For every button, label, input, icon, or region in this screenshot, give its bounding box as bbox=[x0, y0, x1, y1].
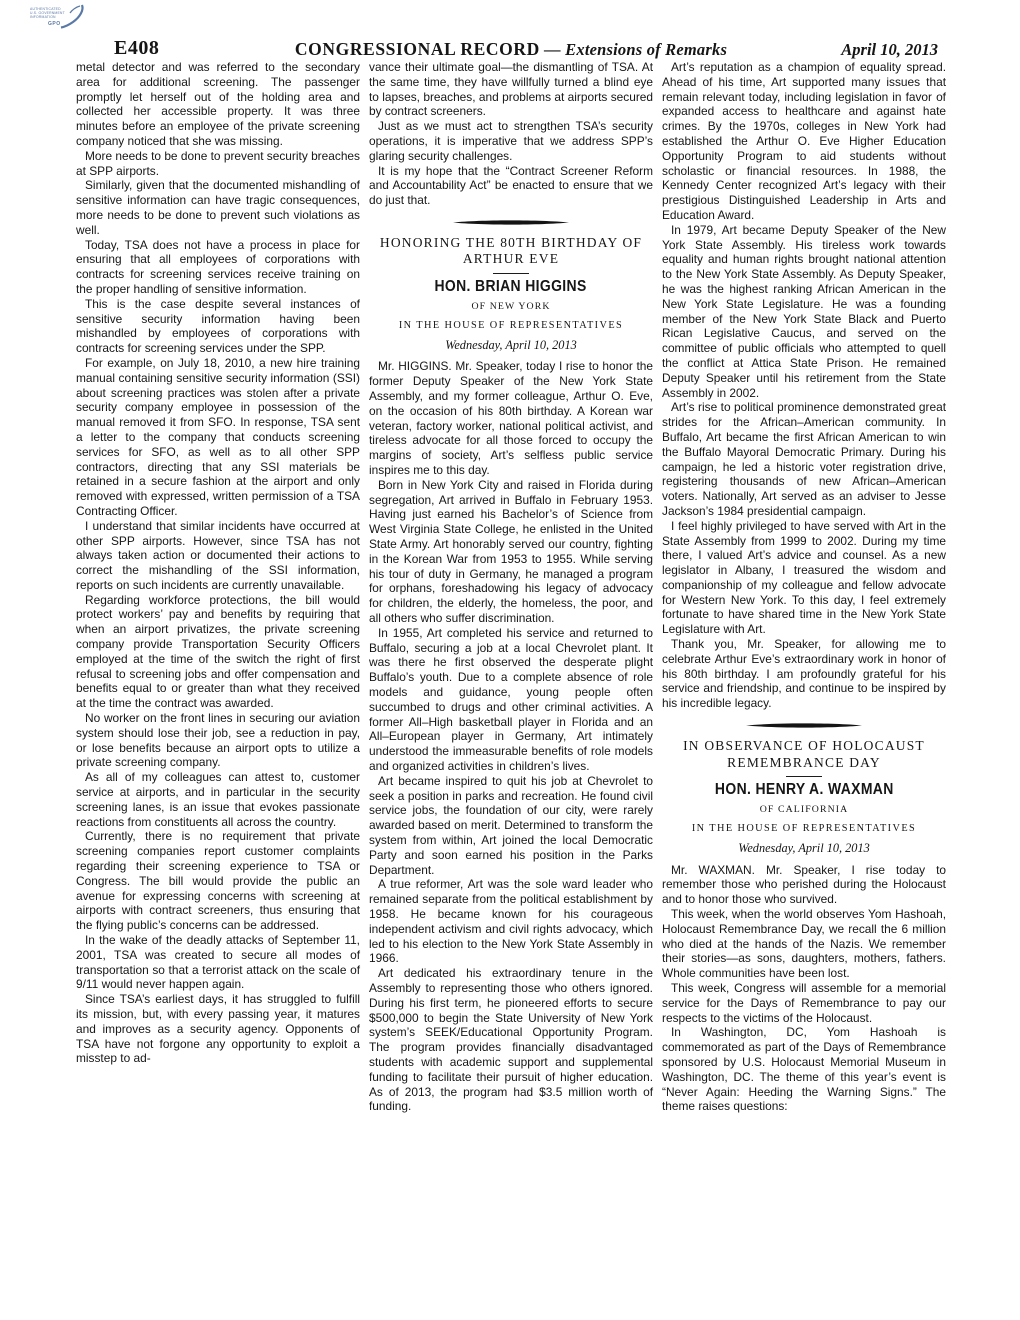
paragraph: Today, TSA does not have a process in pl… bbox=[76, 238, 360, 297]
article-title: HONORING THE 80TH BIRTHDAY OF ARTHUR EVE bbox=[369, 235, 653, 268]
article-separator bbox=[369, 219, 653, 226]
paragraph: Art’s reputation as a champion of equali… bbox=[662, 60, 946, 223]
paragraph: Mr. HIGGINS. Mr. Speaker, today I rise t… bbox=[369, 359, 653, 477]
paragraph: In the wake of the deadly attacks of Sep… bbox=[76, 933, 360, 992]
chamber-line: IN THE HOUSE OF REPRESENTATIVES bbox=[662, 822, 946, 837]
speaker-state: OF CALIFORNIA bbox=[662, 803, 946, 818]
paragraph: metal detector and was referred to the s… bbox=[76, 60, 360, 149]
separator-rule-icon bbox=[745, 722, 863, 729]
separator-rule-icon bbox=[452, 219, 570, 226]
masthead-section: — Extensions of Remarks bbox=[540, 40, 727, 59]
paragraph: In 1979, Art became Deputy Speaker of th… bbox=[662, 223, 946, 401]
title-rule bbox=[493, 273, 529, 274]
paragraph: Regarding workforce protections, the bil… bbox=[76, 593, 360, 711]
paragraph: In 1955, Art completed his service and r… bbox=[369, 626, 653, 774]
issue-date: April 10, 2013 bbox=[841, 40, 938, 60]
running-head: E408 CONGRESSIONAL RECORD — Extensions o… bbox=[76, 30, 946, 60]
column-2: vance their ultimate goal—the dismantlin… bbox=[369, 60, 653, 1275]
paragraph: Art’s rise to political prominence demon… bbox=[662, 400, 946, 518]
seal-gpo-label: GPO bbox=[48, 21, 61, 27]
paragraph: As all of my colleagues can attest to, c… bbox=[76, 770, 360, 829]
column-1: metal detector and was referred to the s… bbox=[76, 60, 360, 1275]
masthead: CONGRESSIONAL RECORD — Extensions of Rem… bbox=[76, 39, 946, 60]
paragraph: Since TSA’s earliest days, it has strugg… bbox=[76, 992, 360, 1066]
article-eve-header: HONORING THE 80TH BIRTHDAY OF ARTHUR EVE… bbox=[369, 235, 653, 352]
paragraph: I understand that similar incidents have… bbox=[76, 519, 360, 593]
article-tsa-continuation: vance their ultimate goal—the dismantlin… bbox=[369, 60, 653, 208]
paragraph: This week, when the world observes Yom H… bbox=[662, 907, 946, 981]
paragraph: Currently, there is no requirement that … bbox=[76, 829, 360, 933]
speaker-name-text: HON. BRIAN HIGGINS bbox=[435, 280, 587, 295]
congressional-record-page: AUTHENTICATED U.S. GOVERNMENT INFORMATIO… bbox=[0, 0, 1020, 1320]
speaker-name-text: HON. HENRY A. WAXMAN bbox=[715, 783, 894, 798]
article-eve-body-col2: Mr. HIGGINS. Mr. Speaker, today I rise t… bbox=[369, 359, 653, 1114]
paragraph: More needs to be done to prevent securit… bbox=[76, 149, 360, 179]
article-separator bbox=[662, 722, 946, 729]
text-columns: metal detector and was referred to the s… bbox=[76, 60, 946, 1275]
paragraph: Art became inspired to quit his job at C… bbox=[369, 774, 653, 878]
article-eve-body-col3: Art’s reputation as a champion of equali… bbox=[662, 60, 946, 711]
paragraph: Similarly, given that the documented mis… bbox=[76, 178, 360, 237]
masthead-title: CONGRESSIONAL RECORD bbox=[295, 39, 540, 59]
speaker-name: HON. BRIAN HIGGINS bbox=[369, 280, 653, 295]
paragraph: In Washington, DC, Yom Hashoah is commem… bbox=[662, 1025, 946, 1114]
article-date: Wednesday, April 10, 2013 bbox=[662, 841, 946, 856]
paragraph: Mr. WAXMAN. Mr. Speaker, I rise today to… bbox=[662, 863, 946, 907]
paragraph: Born in New York City and raised in Flor… bbox=[369, 478, 653, 626]
paragraph: A true reformer, Art was the sole ward l… bbox=[369, 877, 653, 966]
paragraph: Thank you, Mr. Speaker, for allowing me … bbox=[662, 637, 946, 711]
article-date: Wednesday, April 10, 2013 bbox=[369, 338, 653, 353]
paragraph: No worker on the front lines in securing… bbox=[76, 711, 360, 770]
paragraph: This is the case despite several instanc… bbox=[76, 297, 360, 356]
chamber-line: IN THE HOUSE OF REPRESENTATIVES bbox=[369, 319, 653, 334]
article-waxman-header: IN OBSERVANCE OF HOLOCAUST REMEMBRANCE D… bbox=[662, 738, 946, 855]
column-3: Art’s reputation as a champion of equali… bbox=[662, 60, 946, 1275]
paragraph: Art dedicated his extraordinary tenure i… bbox=[369, 966, 653, 1114]
article-title: IN OBSERVANCE OF HOLOCAUST REMEMBRANCE D… bbox=[662, 738, 946, 771]
speaker-state: OF NEW YORK bbox=[369, 300, 653, 315]
article-waxman-body: Mr. WAXMAN. Mr. Speaker, I rise today to… bbox=[662, 863, 946, 1115]
speaker-name: HON. HENRY A. WAXMAN bbox=[662, 783, 946, 798]
paragraph: It is my hope that the “Contract Screene… bbox=[369, 164, 653, 208]
paragraph: For example, on July 18, 2010, a new hir… bbox=[76, 356, 360, 519]
paragraph: I feel highly privileged to have served … bbox=[662, 519, 946, 637]
paragraph: Just as we must act to strengthen TSA’s … bbox=[369, 119, 653, 163]
paragraph: This week, Congress will assemble for a … bbox=[662, 981, 946, 1025]
title-rule bbox=[786, 776, 822, 777]
paragraph: vance their ultimate goal—the dismantlin… bbox=[369, 60, 653, 119]
